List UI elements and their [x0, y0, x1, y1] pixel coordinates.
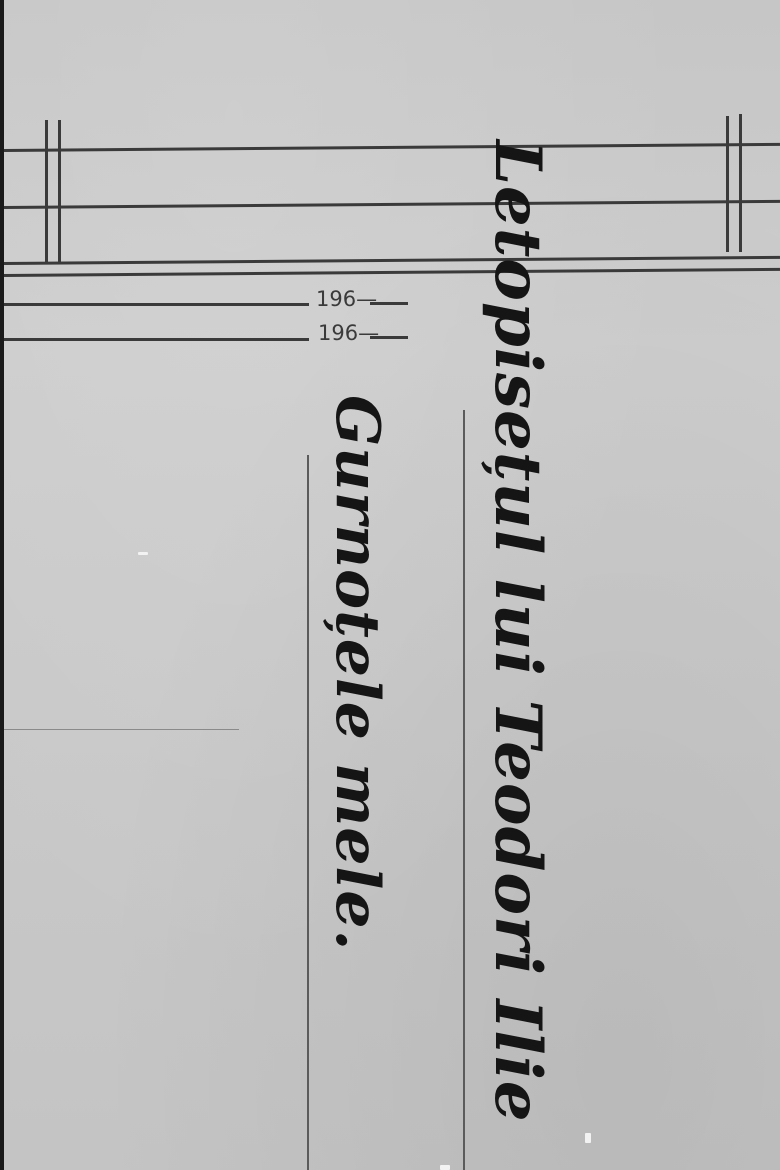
column-line: [463, 410, 465, 1170]
date-line: [370, 336, 408, 339]
vertical-bar: [726, 116, 729, 252]
dust-speck: [138, 552, 148, 555]
scanned-page: 196— 196— Letopisețul lui Teodori Ilie G…: [0, 0, 780, 1170]
ruled-line: [4, 256, 780, 265]
handwritten-subtitle: Gurnoțele mele.: [322, 395, 392, 951]
ruled-line: [4, 200, 780, 209]
ruled-line: [4, 143, 780, 152]
vertical-bar: [739, 114, 742, 252]
vertical-bar: [58, 120, 61, 262]
date-line: [370, 302, 408, 305]
scan-border: [0, 0, 4, 1170]
faint-rule: [4, 729, 239, 730]
column-line: [307, 455, 309, 1170]
ruled-line: [4, 268, 780, 277]
year-stub: 196—: [316, 289, 377, 310]
date-line: [4, 303, 309, 306]
dust-speck: [585, 1133, 591, 1143]
dust-speck: [440, 1165, 450, 1170]
handwritten-title: Letopisețul lui Teodori Ilie: [480, 140, 555, 1123]
year-stub: 196—: [318, 323, 379, 344]
vertical-bar: [45, 120, 48, 262]
date-line: [4, 338, 309, 341]
